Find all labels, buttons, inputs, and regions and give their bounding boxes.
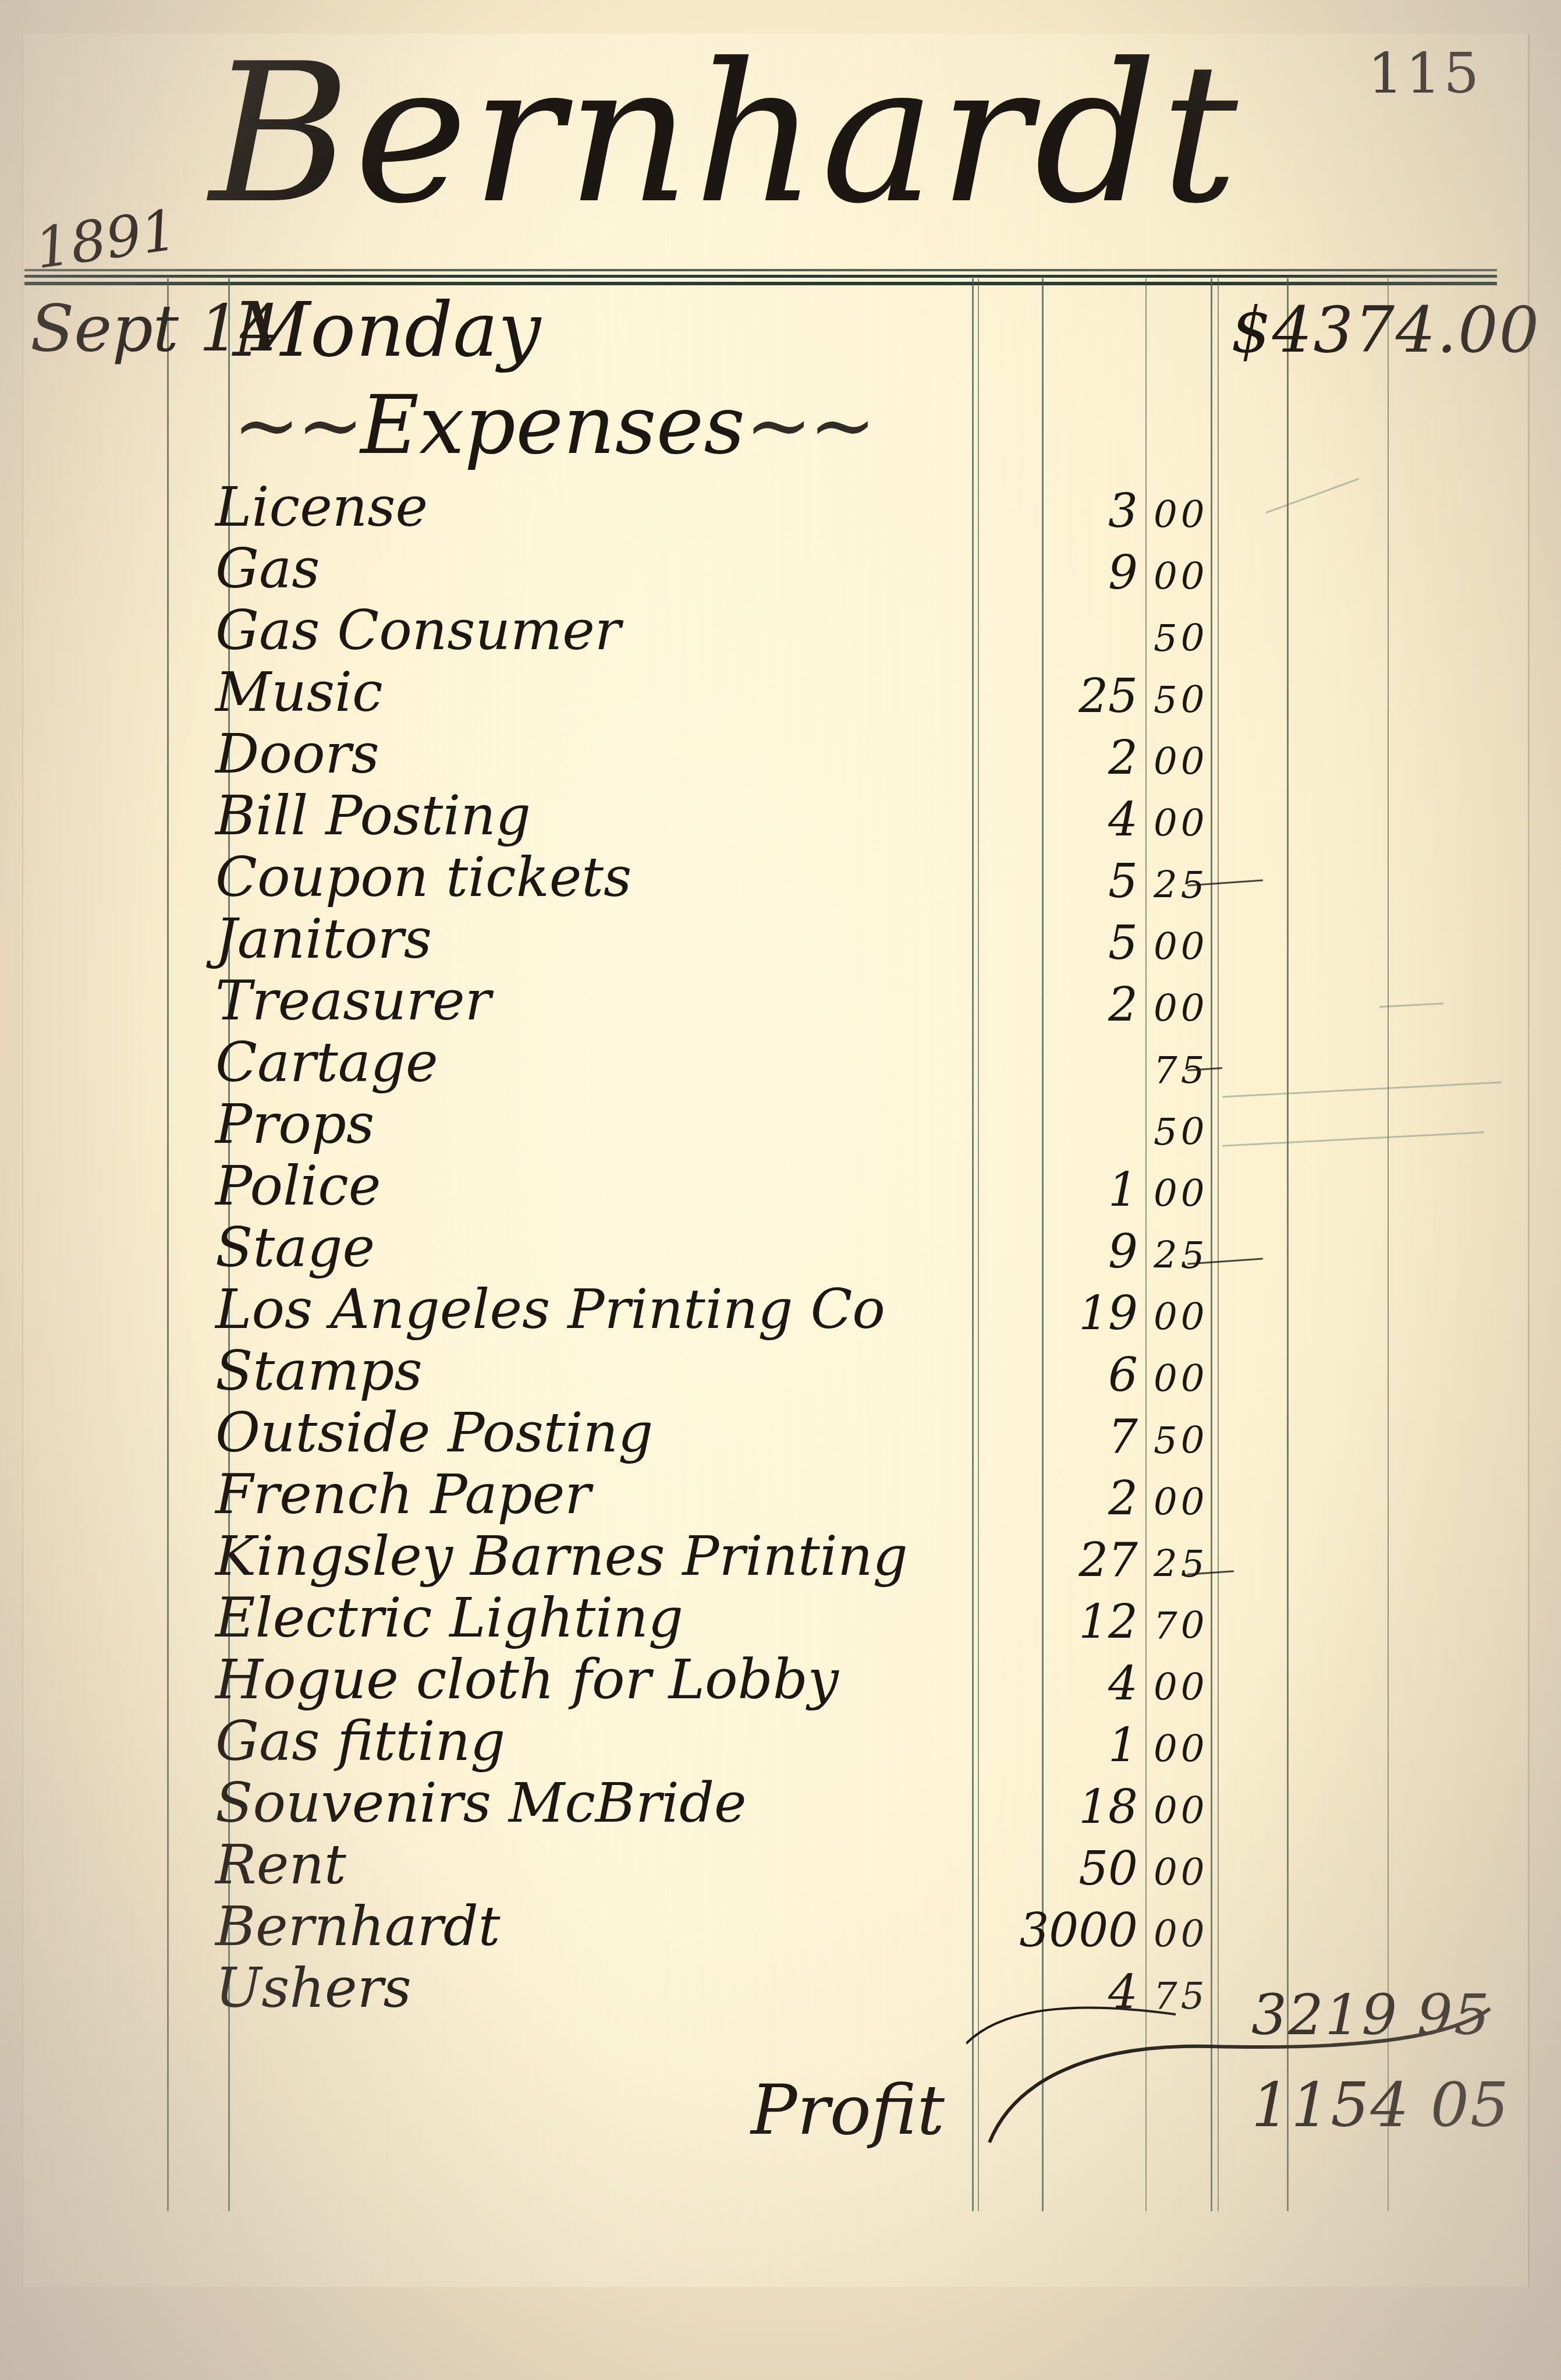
expense-cents: 00 [1154, 802, 1208, 845]
expense-cents: 25 [1154, 1234, 1208, 1277]
expense-dollars: 27 [1078, 1533, 1138, 1587]
table-row: Outside Posting750 [0, 1407, 1561, 1468]
expense-label: Coupon tickets [215, 846, 632, 909]
table-row: Treasurer200 [0, 975, 1561, 1036]
expense-cents: 00 [1154, 1666, 1208, 1709]
expense-dollars: 18 [1078, 1780, 1138, 1834]
expense-label: Police [215, 1154, 381, 1218]
expense-dollars: 3 [1108, 484, 1138, 538]
expense-label: Kingsley Barnes Printing [215, 1525, 908, 1588]
expense-label: Music [215, 661, 383, 724]
expense-cents: 00 [1154, 1790, 1208, 1833]
table-row: Police100 [0, 1160, 1561, 1221]
table-row: Hogue cloth for Lobby400 [0, 1653, 1561, 1715]
expense-label: Rent [215, 1833, 346, 1897]
expense-cents: 70 [1154, 1605, 1208, 1648]
expense-label: Ushers [215, 1957, 411, 2020]
expense-dollars: 25 [1078, 669, 1138, 723]
table-row: Gas900 [0, 543, 1561, 604]
expense-dollars: 19 [1078, 1286, 1138, 1340]
expense-label: Doors [215, 722, 379, 786]
table-row: Souvenirs McBride1800 [0, 1777, 1561, 1839]
table-row: Los Angeles Printing Co1900 [0, 1283, 1561, 1345]
expense-cents: 75 [1154, 1049, 1208, 1092]
expense-label: Los Angeles Printing Co [215, 1278, 885, 1341]
profit-value: 1154 05 [1251, 2070, 1510, 2141]
table-row: Gas fitting100 [0, 1715, 1561, 1777]
expense-label: Cartage [215, 1031, 438, 1095]
expense-label: License [215, 476, 428, 539]
expense-label: Bill Posting [215, 784, 531, 848]
expense-cents: 00 [1154, 1358, 1208, 1401]
expense-dollars: 1 [1108, 1718, 1138, 1772]
expense-dollars: 12 [1078, 1595, 1138, 1649]
table-row: Rent5000 [0, 1839, 1561, 1900]
table-row: Coupon tickets525 [0, 851, 1561, 913]
expense-label: Stage [215, 1216, 375, 1280]
expense-cents: 00 [1154, 926, 1208, 969]
expense-cents: 00 [1154, 555, 1208, 598]
table-row: Gas Consumer50 [0, 604, 1561, 666]
expense-cents: 00 [1154, 741, 1208, 784]
table-row: French Paper200 [0, 1468, 1561, 1530]
expense-label: Treasurer [215, 969, 491, 1033]
expense-cents: 25 [1154, 1543, 1208, 1586]
expense-label: Gas Consumer [215, 599, 621, 663]
expense-dollars: 2 [1108, 977, 1138, 1032]
expense-cents: 00 [1154, 494, 1208, 537]
expense-dollars: 5 [1108, 916, 1138, 970]
expense-cents: 50 [1154, 617, 1208, 660]
expense-label: Stamps [215, 1340, 423, 1403]
expense-label: Souvenirs McBride [215, 1772, 747, 1835]
table-row: Bill Posting400 [0, 789, 1561, 851]
table-row: Cartage75 [0, 1036, 1561, 1098]
expense-cents: 50 [1154, 1419, 1208, 1462]
table-row: Stage925 [0, 1221, 1561, 1283]
expense-label: Hogue cloth for Lobby [215, 1648, 839, 1712]
table-row: Bernhardt300000 [0, 1900, 1561, 1962]
table-row: Doors200 [0, 728, 1561, 789]
scan-background: Bernhardt 115 1891 Sept 14 Monday $4374.… [0, 0, 1561, 2380]
expense-label: Gas [215, 537, 320, 601]
expense-cents: 00 [1154, 1481, 1208, 1524]
table-row: Electric Lighting1270 [0, 1592, 1561, 1653]
expense-dollars: 4 [1108, 1656, 1138, 1710]
expense-dollars: 7 [1108, 1409, 1138, 1464]
table-row: Stamps600 [0, 1345, 1561, 1407]
expense-dollars: 9 [1108, 1224, 1138, 1278]
expense-label: Bernhardt [215, 1895, 501, 1958]
expense-cents: 50 [1154, 679, 1208, 722]
expense-cents: 00 [1154, 1851, 1208, 1894]
expense-dollars: 4 [1108, 792, 1138, 847]
expense-dollars: 50 [1078, 1841, 1138, 1896]
table-row: Music2550 [0, 666, 1561, 728]
expense-label: Gas fitting [215, 1710, 505, 1773]
expense-dollars: 3000 [1019, 1903, 1138, 1957]
expense-cents: 50 [1154, 1111, 1208, 1154]
expense-cents: 00 [1154, 987, 1208, 1030]
expense-dollars: 1 [1108, 1163, 1138, 1217]
expense-cents: 00 [1154, 1728, 1208, 1771]
expense-label: Outside Posting [215, 1401, 653, 1465]
table-row: Janitors500 [0, 913, 1561, 975]
expense-label: Janitors [215, 908, 432, 971]
table-row: Kingsley Barnes Printing2725 [0, 1530, 1561, 1592]
expense-dollars: 5 [1108, 854, 1138, 908]
expense-label: French Paper [215, 1463, 591, 1527]
expense-cents: 00 [1154, 1913, 1208, 1956]
expense-dollars: 2 [1108, 1471, 1138, 1525]
expense-cents: 00 [1154, 1296, 1208, 1339]
expense-label: Electric Lighting [215, 1586, 683, 1650]
profit-label: Profit [751, 2070, 945, 2150]
expense-dollars: 9 [1108, 546, 1138, 600]
expense-dollars: 6 [1108, 1348, 1138, 1402]
table-row: Props50 [0, 1098, 1561, 1160]
expense-dollars: 2 [1108, 731, 1138, 785]
expense-label: Props [215, 1093, 374, 1156]
expense-cents: 00 [1154, 1173, 1208, 1216]
